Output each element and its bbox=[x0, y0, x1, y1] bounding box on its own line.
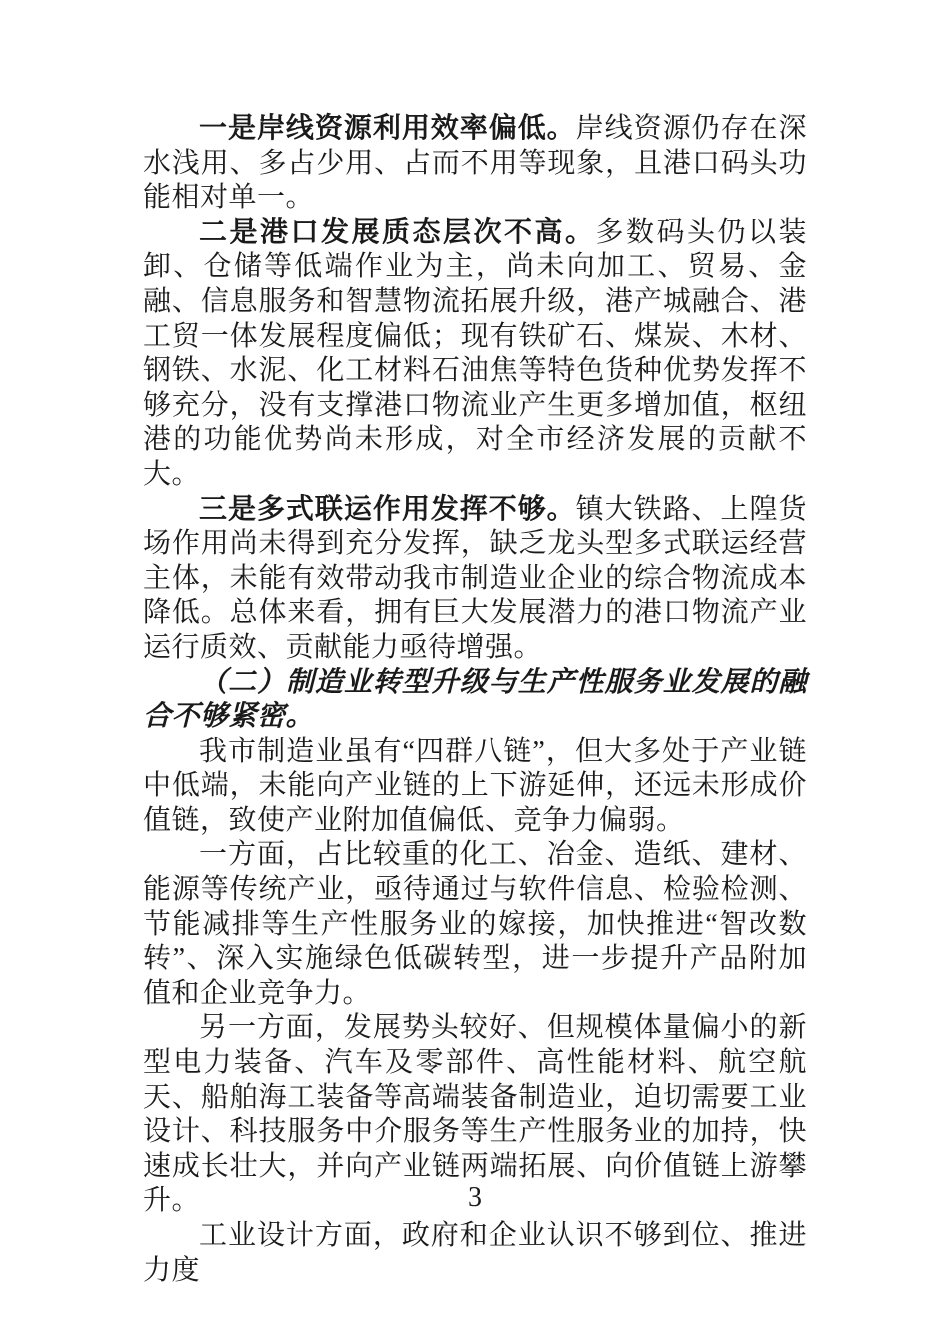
section-heading-2-text: （二）制造业转型升级与生产性服务业发展的融合不够紧密。 bbox=[143, 667, 807, 733]
page-content: 一是岸线资源利用效率偏低。岸线资源仍存在深水浅用、多占少用、占而不用等现象，且港… bbox=[143, 112, 807, 1288]
para-point-1: 一是岸线资源利用效率偏低。岸线资源仍存在深水浅用、多占少用、占而不用等现象，且港… bbox=[143, 112, 807, 216]
para-point-2-lead: 二是港口发展质态层次不高。 bbox=[199, 217, 595, 248]
para-manufacturing-overview: 我市制造业虽有“四群八链”，但大多处于产业链中低端，未能向产业链的上下游延伸，还… bbox=[143, 735, 807, 839]
para-point-2-body: 多数码头仍以装卸、仓储等低端作业为主，尚未向加工、贸易、金融、信息服务和智慧物流… bbox=[143, 217, 807, 490]
para-industrial-design-body: 工业设计方面，政府和企业认识不够到位、推进力度 bbox=[143, 1220, 807, 1286]
para-industrial-design: 工业设计方面，政府和企业认识不够到位、推进力度 bbox=[143, 1219, 807, 1288]
section-heading-2: （二）制造业转型升级与生产性服务业发展的融合不够紧密。 bbox=[143, 666, 807, 735]
para-point-3: 三是多式联运作用发挥不够。镇大铁路、上隍货场作用尚未得到充分发挥，缺乏龙头型多式… bbox=[143, 493, 807, 666]
para-one-aspect: 一方面，占比较重的化工、冶金、造纸、建材、能源等传统产业，亟待通过与软件信息、检… bbox=[143, 838, 807, 1011]
page-number: 3 bbox=[0, 1182, 950, 1214]
document-page: 一是岸线资源利用效率偏低。岸线资源仍存在深水浅用、多占少用、占而不用等现象，且港… bbox=[0, 0, 950, 1344]
para-one-aspect-body: 一方面，占比较重的化工、冶金、造纸、建材、能源等传统产业，亟待通过与软件信息、检… bbox=[143, 839, 807, 1008]
para-point-1-lead: 一是岸线资源利用效率偏低。 bbox=[199, 113, 576, 144]
para-manufacturing-overview-body: 我市制造业虽有“四群八链”，但大多处于产业链中低端，未能向产业链的上下游延伸，还… bbox=[143, 736, 807, 836]
para-point-2: 二是港口发展质态层次不高。多数码头仍以装卸、仓储等低端作业为主，尚未向加工、贸易… bbox=[143, 216, 807, 493]
para-point-3-lead: 三是多式联运作用发挥不够。 bbox=[199, 494, 576, 525]
